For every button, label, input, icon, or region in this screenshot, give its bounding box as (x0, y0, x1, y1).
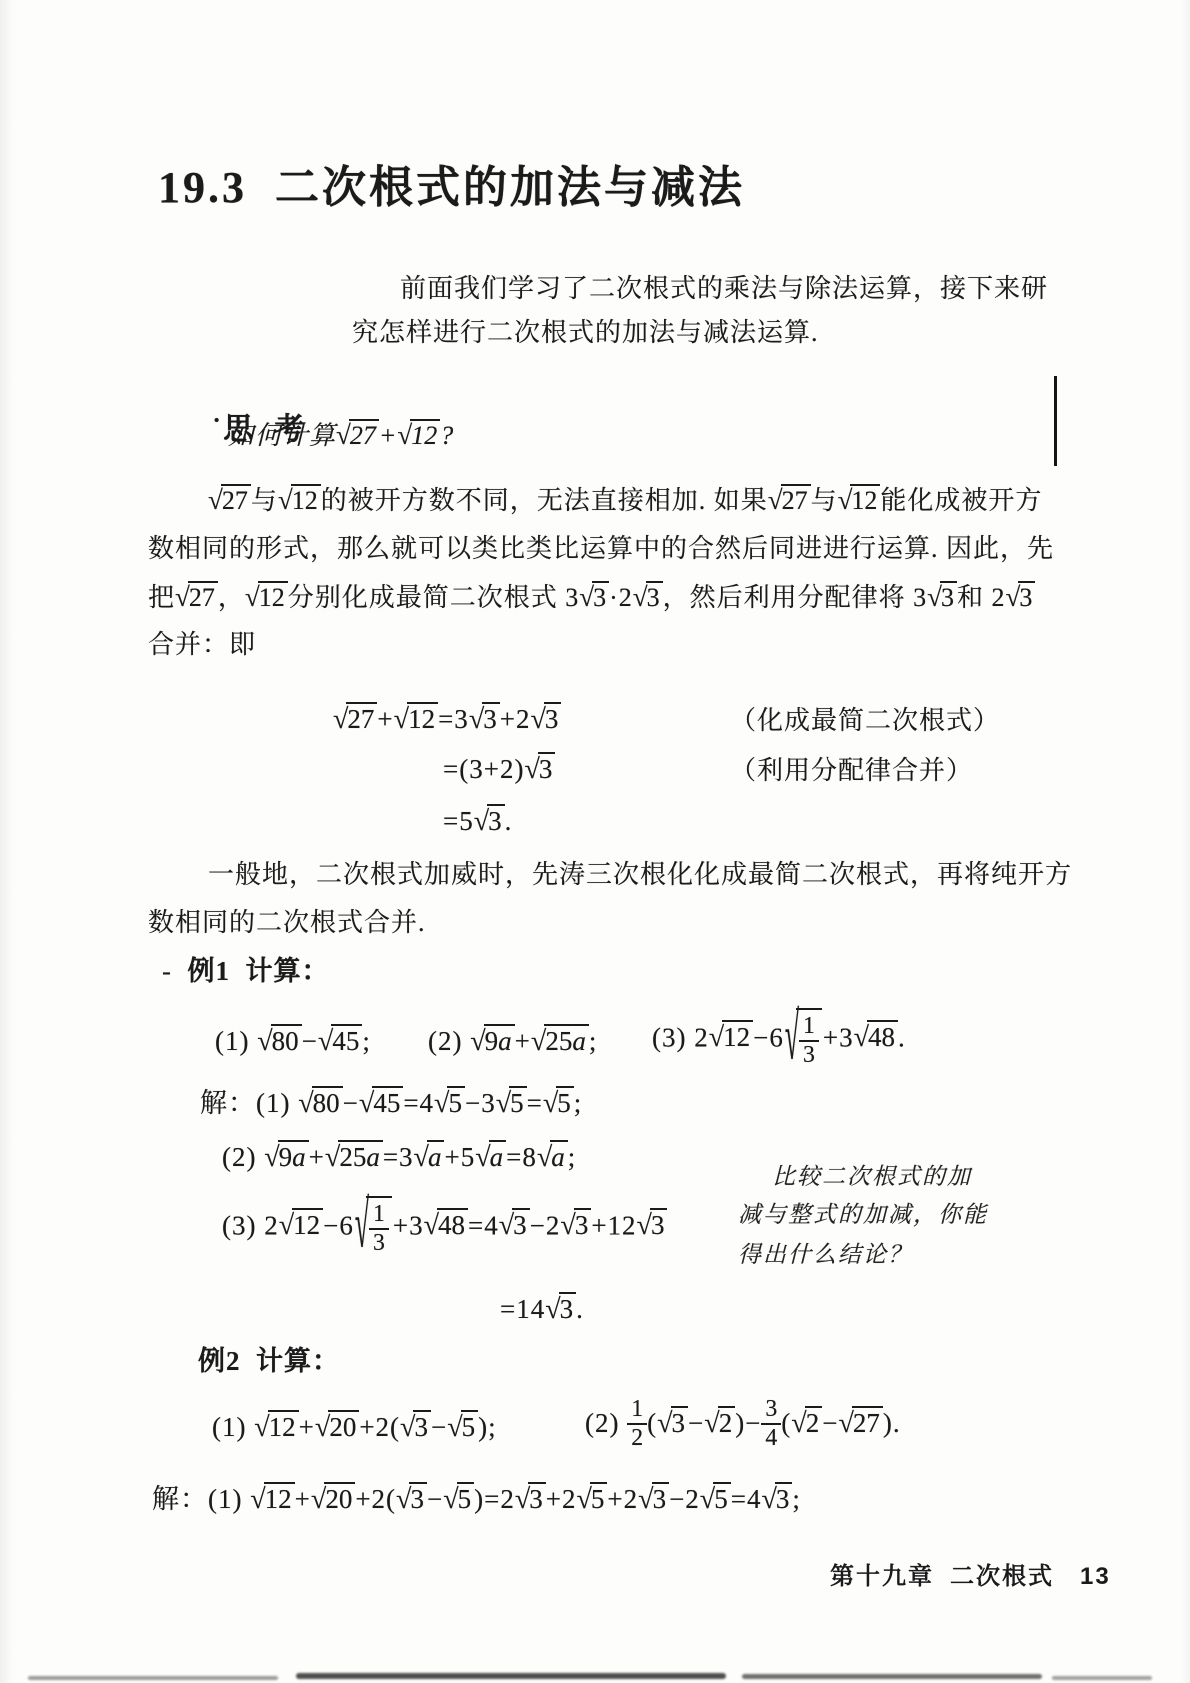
example1-compute-label: 计算： (246, 956, 330, 986)
derivation-step1-note: （化成最简二次根式） (730, 704, 1000, 738)
derivation-step2-note: （利用分配律合并） (730, 754, 973, 788)
sidenote-line-3: 得出什么结论？ (738, 1240, 913, 1270)
example2-heading: 例2 计算： (198, 1344, 340, 1379)
general-rule-line-1: 一般地，二次根式加威时，先涛三次根化化成最简二次根式，再将纯开方 (208, 858, 1072, 892)
general-rule-line-2: 数相同的二次根式合并. (148, 906, 426, 940)
discussion-line-4: 合并：即 (148, 628, 256, 662)
example2-problem-1: (1) √12+√20+2(√3−√5); (212, 1410, 497, 1447)
scan-artifact-bottom-4 (1052, 1676, 1152, 1680)
example1-solution-line-1: 解：(1) √80−√45=4√5−3√5=√5; (200, 1086, 582, 1123)
sidenote-line-2: 减与整式的加减，你能 (738, 1200, 988, 1230)
example1-problem-3: (3) 2√12−6√13+3√48. (652, 1010, 906, 1070)
discussion-line-2: 数相同的形式，那么就可以类比类比运算中的合然后同进进行运算. 因此，先 (148, 532, 1054, 566)
example1-solution-line-2: (2) √9a+√25a=3√a+5√a=8√a; (222, 1140, 576, 1177)
sidenote-line-1: 比较二次根式的加 (772, 1162, 972, 1192)
discussion-line-3: 把√27，√12分别化成最简二次根式 3√3·2√3，然后利用分配律将 3√3和… (148, 580, 1035, 615)
derivation-step2-eq: =(3+2)√3 (443, 752, 555, 789)
derivation-step1-eq: √27+√12=3√3+2√3 (333, 702, 561, 739)
example1-solution-line-4: =14√3. (500, 1292, 584, 1329)
intro-line-2: 究怎样进行二次根式的加法与减法运算. (352, 316, 819, 350)
example1-problem-1: (1) √80−√45; (215, 1024, 371, 1061)
scan-artifact-bottom-3 (742, 1674, 1042, 1679)
example2-compute-label: 计算： (256, 1346, 340, 1376)
derivation-step3-eq: =5√3. (443, 804, 512, 841)
example1-problem-2: (2) √9a+√25a; (428, 1024, 597, 1061)
example1-dash: - (162, 956, 172, 986)
section-title: 19.3 二次根式的加法与减法 (158, 151, 745, 215)
textbook-page: 19.3 二次根式的加法与减法 前面我们学习了二次根式的乘法与除法运算，接下来研… (0, 0, 1190, 1683)
scan-artifact-bottom-1 (28, 1676, 278, 1680)
example1-label: 例1 (188, 956, 231, 986)
footer-chapter-label: 第十九章 二次根式 (830, 1564, 1054, 1590)
scan-edge-right (1180, 0, 1190, 1683)
example2-problem-2: (2) 12(√3−√2)−34(√2−√27). (585, 1398, 901, 1453)
intro-line-1: 前面我们学习了二次根式的乘法与除法运算，接下来研 (400, 272, 1048, 306)
footer-page-number: 13 (1080, 1563, 1111, 1590)
scan-edge-left (0, 0, 14, 1683)
footnote-dot-icon: • (214, 413, 221, 429)
example2-solution-line-1: 解：(1) √12+√20+2(√3−√5)=2√3+2√5+2√3−2√5=4… (152, 1482, 801, 1519)
example2-label: 例2 (198, 1346, 241, 1376)
margin-rule-mark (1054, 376, 1057, 466)
page-footer: 第十九章 二次根式13 (830, 1556, 1111, 1591)
think-question: 如何计算√27+√12? (228, 418, 454, 453)
example1-heading: - 例1 计算： (162, 954, 330, 989)
example1-solution-line-3: (3) 2√12−6√13+3√48=4√3−2√3+12√3 (222, 1198, 667, 1258)
scan-artifact-bottom-2 (296, 1673, 726, 1679)
discussion-line-1: √27与√12的被开方数不同，无法直接相加. 如果√27与√12能化成被开方 (208, 483, 1042, 518)
